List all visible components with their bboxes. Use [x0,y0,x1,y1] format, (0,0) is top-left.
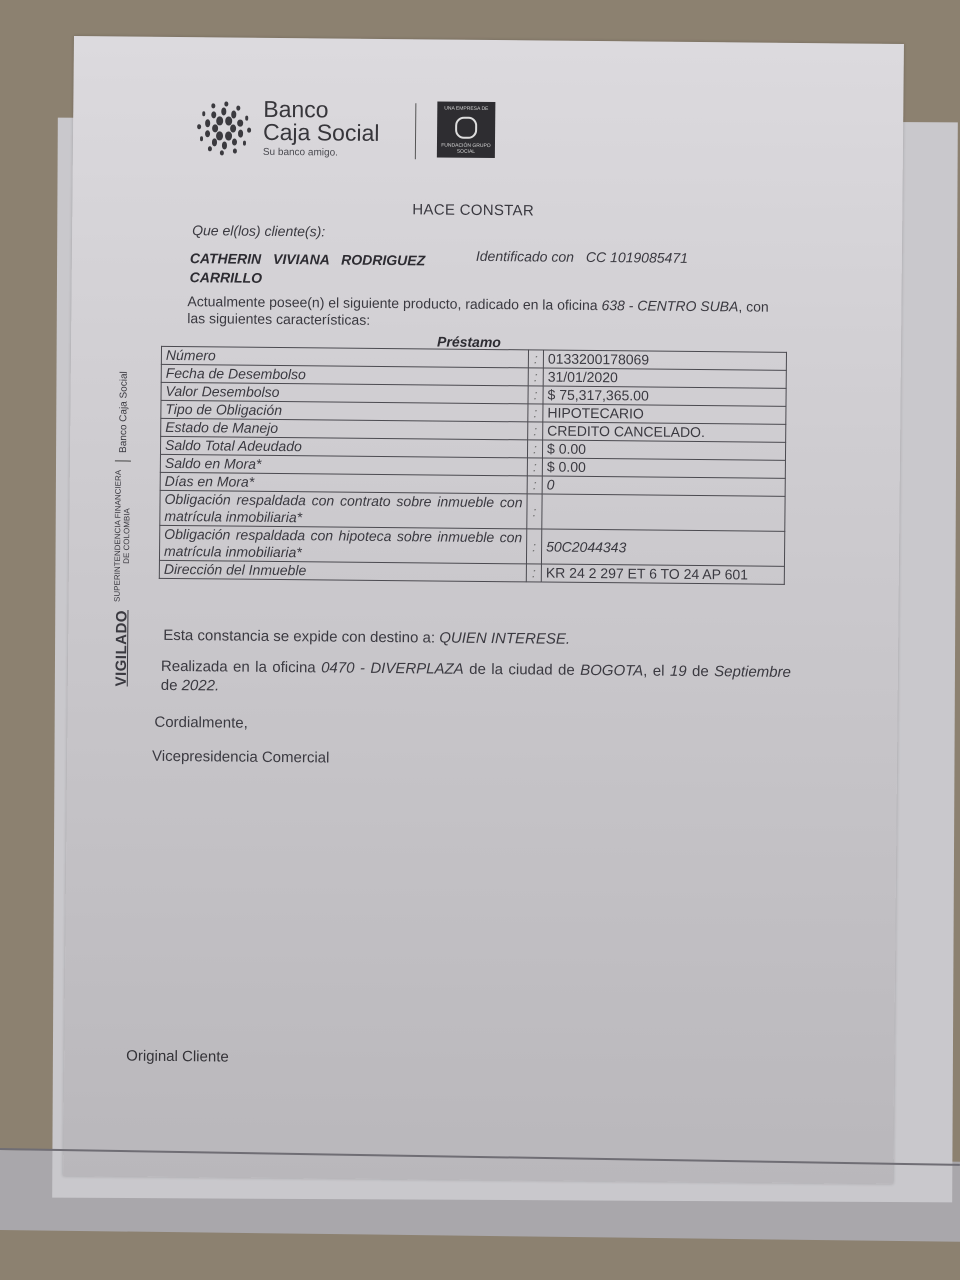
intro-text: Que el(los) cliente(s): [192,222,325,239]
issued-de2: de [161,677,178,694]
row-separator: : [526,529,541,564]
issued-office: 0470 - DIVERPLAZA [321,659,464,677]
issued-day: 19 [670,663,687,680]
row-value: $ 0.00 [542,440,785,460]
copy-label: Original Cliente [126,1048,229,1066]
row-value: KR 24 2 297 ET 6 TO 24 AP 601 [541,564,784,584]
row-value: 0133200178069 [543,350,786,370]
sunburst-logo-icon [191,97,258,160]
row-value: 50C2044343 [541,529,784,566]
client-id: Identificado conCC 1019085471 [476,248,688,266]
sfc-line2: DE COLOMBIA [122,508,132,564]
destination-label: Esta constancia se expide con destino a: [163,627,435,647]
product-description: Actualmente posee(n) el siguiente produc… [187,293,787,333]
stamp-brand: Banco Caja Social [118,371,130,453]
row-separator: : [526,564,541,582]
issued-date-prefix: , el [643,662,664,679]
foundation-top-text: UNA EMPRESA DE [437,105,495,112]
row-value: 0 [542,476,785,496]
row-value: $ 75,317,365.00 [543,386,786,406]
destination-value: QUIEN INTERESE. [439,630,570,648]
id-label: Identificado con [476,248,574,265]
row-label: Dirección del Inmueble [159,560,526,582]
logo-divider [415,103,417,159]
stamp-divider [115,461,131,462]
row-separator: : [528,422,543,440]
foundation-badge: UNA EMPRESA DE FUNDACIÓN GRUPO SOCIAL [437,101,496,158]
sfc-text: SUPERINTENDENCIA FINANCIERA DE COLOMBIA [113,470,132,602]
bank-tagline: Su banco amigo. [263,147,379,159]
table-row: Obligación respaldada con hipoteca sobre… [159,525,784,566]
row-separator: : [527,494,542,529]
destination-line: Esta constancia se expide con destino a:… [163,627,570,648]
row-value: HIPOTECARIO [543,404,786,424]
document-page: Banco Caja Social Su banco amigo. UNA EM… [63,36,904,1184]
row-value: $ 0.00 [542,458,785,478]
issued-city: BOGOTA [580,662,643,680]
issued-mid: de la ciudad de [469,661,575,679]
bank-logo: Banco Caja Social Su banco amigo. [191,97,380,161]
row-separator: : [527,458,542,476]
closing: Cordialmente, [154,714,248,732]
row-label: Obligación respaldada con contrato sobre… [160,490,527,529]
signature: Vicepresidencia Comercial [152,748,329,767]
row-separator: : [528,350,543,368]
bank-name-line2: Caja Social [263,121,380,145]
id-value: CC 1019085471 [586,249,688,266]
table-row: Obligación respaldada con contrato sobre… [160,490,785,531]
row-separator: : [528,404,543,422]
vigilado-stamp: VIGILADO SUPERINTENDENCIA FINANCIERA DE … [112,371,133,686]
issued-prefix: Realizada en la oficina [161,658,316,676]
document-title: HACE CONSTAR [412,201,534,219]
hexagon-icon [455,117,477,139]
issued-month: Septiembre [714,663,791,681]
foundation-name: FUNDACIÓN GRUPO SOCIAL [437,142,495,155]
row-label: Obligación respaldada con hipoteca sobre… [159,525,526,564]
loan-table: Número:0133200178069Fecha de Desembolso:… [159,346,787,585]
row-separator: : [527,440,542,458]
issued-year: 2022. [182,677,220,694]
origin-office: 638 - CENTRO SUBA [601,297,738,314]
row-value [542,494,785,531]
client-name: CATHERIN VIVIANA RODRIGUEZ CARRILLO [190,249,470,290]
vigilado-text: VIGILADO [112,610,130,687]
issued-de1: de [692,663,709,680]
row-separator: : [528,368,543,386]
row-separator: : [527,476,542,494]
row-separator: : [528,386,543,404]
issued-line: Realizada en la oficina 0470 - DIVERPLAZ… [161,657,791,701]
row-value: CREDITO CANCELADO. [543,422,786,442]
row-value: 31/01/2020 [543,368,786,388]
